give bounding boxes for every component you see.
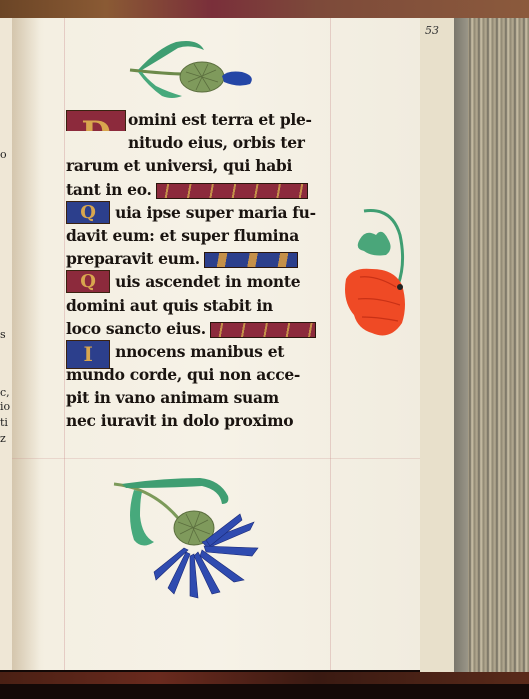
- text-line: rarum et universi, qui habi: [66, 154, 332, 177]
- prev-page-fragment: ti: [0, 416, 12, 430]
- line-filler-red: [210, 322, 316, 338]
- text-line: loco sancto eius.: [66, 317, 332, 340]
- prev-page-fragment: c,: [0, 386, 12, 400]
- text-line-content: preparavit eum.: [66, 249, 200, 268]
- text-line-content: nitudo eius, orbis ter: [128, 133, 305, 152]
- cornflower-icon: [112, 476, 262, 600]
- text-line-content: uis ascendet in monte: [115, 272, 300, 291]
- prev-page-fragment: z: [0, 432, 12, 446]
- text-line-content: loco sancto eius.: [66, 319, 206, 338]
- text-line: nec iuravit in dolo proximo: [66, 409, 332, 432]
- book-binding-bottom: [0, 672, 529, 699]
- text-line-content: pit in vano animam suam: [66, 388, 279, 407]
- text-line: pit in vano animam suam: [66, 386, 332, 409]
- text-line-content: davit eum: et super flumina: [66, 226, 299, 245]
- page-stack-shadow: [454, 18, 468, 672]
- page-fore-edge: [420, 18, 529, 672]
- prev-page-fragment: o: [0, 148, 12, 162]
- text-line-content: mundo corde, qui non acce-: [66, 365, 300, 384]
- cornflower-bud-icon: [128, 40, 258, 102]
- text-line-content: nec iuravit in dolo proximo: [66, 411, 293, 430]
- page-margin-edge: [420, 18, 454, 672]
- text-line: Q uis ascendet in monte: [66, 270, 332, 293]
- manuscript-text-block: D omini est terra et ple- nitudo eius, o…: [66, 108, 332, 433]
- text-line: mundo corde, qui non acce-: [66, 363, 332, 386]
- text-line-content: uia ipse super maria fu-: [115, 203, 316, 222]
- text-line: nitudo eius, orbis ter: [66, 131, 332, 154]
- text-line-content: nnocens manibus et: [115, 342, 284, 361]
- prev-page-fragment: s: [0, 328, 12, 342]
- line-filler-blue: [204, 252, 298, 268]
- text-line-content: domini aut quis stabit in: [66, 296, 273, 315]
- text-line: preparavit eum.: [66, 247, 332, 270]
- ruling-line: [12, 458, 420, 459]
- text-line: D omini est terra et ple-: [66, 108, 332, 131]
- line-filler-red: [156, 183, 308, 199]
- text-line: tant in eo.: [66, 178, 332, 201]
- prev-page-fragment: io: [0, 400, 12, 414]
- text-line: domini aut quis stabit in: [66, 294, 332, 317]
- gutter-shadow: [12, 18, 40, 670]
- text-line: davit eum: et super flumina: [66, 224, 332, 247]
- illuminated-initial-q: Q: [66, 201, 110, 224]
- folio-number: 53: [425, 24, 439, 37]
- text-line-content: rarum et universi, qui habi: [66, 156, 292, 175]
- text-line-content: omini est terra et ple-: [128, 110, 312, 129]
- poppy-icon: [342, 205, 414, 341]
- text-line: I nnocens manibus et: [66, 340, 332, 363]
- illuminated-initial-d: D: [66, 110, 126, 131]
- text-line: Q uia ipse super maria fu-: [66, 201, 332, 224]
- book-binding-top: [0, 0, 529, 18]
- ruling-line: [64, 18, 65, 670]
- binding-strap: [0, 672, 529, 684]
- text-line-content: tant in eo.: [66, 180, 152, 199]
- illuminated-initial-q: Q: [66, 270, 110, 293]
